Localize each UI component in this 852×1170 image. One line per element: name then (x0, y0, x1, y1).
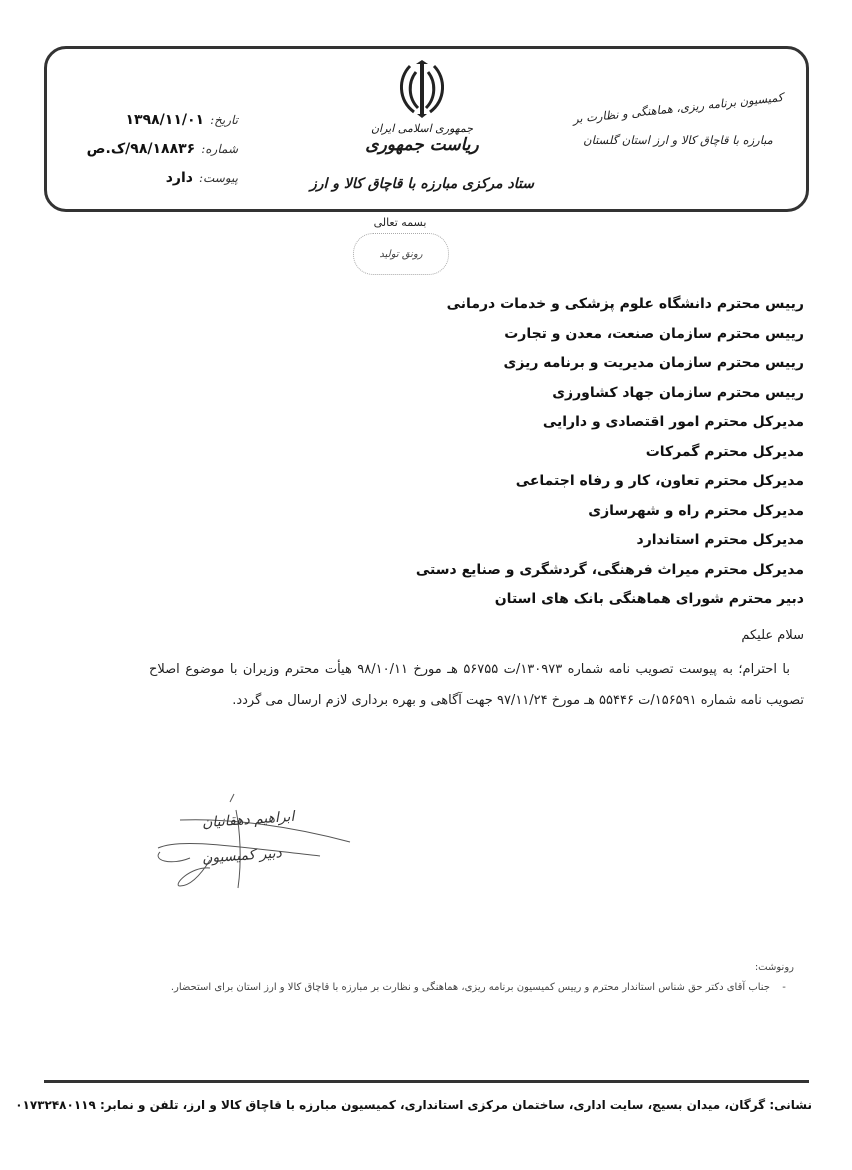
letter-meta: تاریخ: ۱۳۹۸/۱۱/۰۱ شماره: ۹۸/۱۸۸۳۶/ک.ص پی… (88, 112, 238, 199)
slogan-badge: رونق تولید (353, 233, 449, 275)
greeting: سلام علیکم (741, 628, 804, 643)
number-value: ۹۸/۱۸۸۳۶/ک.ص (87, 141, 196, 157)
cc-item: - جناب آقای دکتر حق شناس استاندار محترم … (58, 982, 798, 993)
recipient-item: مدیرکل محترم گمرکات (384, 438, 804, 468)
date-label: تاریخ: (210, 113, 238, 127)
headquarters-title: ستاد مرکزی مبارزه با قاچاق کالا و ارز (310, 176, 534, 192)
cc-bullet: - (770, 982, 798, 993)
letterhead-center: جمهوری اسلامی ایران ریاست جمهوری ستاد مر… (362, 58, 482, 208)
recipient-item: مدیرکل محترم استاندارد (384, 526, 804, 556)
body-paragraph: با احترام؛ به پیوست تصویب نامه شماره ۱۳۰… (149, 654, 804, 716)
number-row: شماره: ۹۸/۱۸۸۳۶/ک.ص (88, 141, 238, 170)
attachment-label: پیوست: (199, 171, 238, 185)
recipient-item: مدیرکل محترم امور اقتصادی و دارایی (384, 408, 804, 438)
iran-emblem-icon (396, 58, 448, 120)
date-row: تاریخ: ۱۳۹۸/۱۱/۰۱ (88, 112, 238, 141)
signature: ابراهیم دهقانیان دبیر کمیسیون (150, 790, 360, 890)
cc-item-text: جناب آقای دکتر حق شناس استاندار محترم و … (171, 982, 770, 993)
commission-name: کمیسیون برنامه ریزی، هماهنگی و نظارت بر … (568, 92, 788, 156)
recipient-item: مدیرکل محترم تعاون، کار و رفاه اجتماعی (384, 467, 804, 497)
country-name: جمهوری اسلامی ایران (362, 122, 482, 135)
recipient-item: رییس محترم سازمان مدیریت و برنامه ریزی (384, 349, 804, 379)
cc-list: - جناب آقای دکتر حق شناس استاندار محترم … (58, 982, 798, 993)
attachment-value: دارد (166, 170, 193, 186)
recipient-item: رییس محترم سازمان جهاد کشاورزی (384, 379, 804, 409)
recipient-list: رییس محترم دانشگاه علوم پزشکی و خدمات در… (384, 290, 804, 615)
recipient-item: دبیر محترم شورای هماهنگی بانک های استان (384, 585, 804, 615)
recipient-item: مدیرکل محترم راه و شهرسازی (384, 497, 804, 527)
body-paragraph-text: با احترام؛ به پیوست تصویب نامه شماره ۱۳۰… (149, 662, 804, 708)
number-label: شماره: (201, 142, 238, 156)
presidency-title: ریاست جمهوری (362, 135, 482, 155)
date-value: ۱۳۹۸/۱۱/۰۱ (125, 112, 204, 128)
footer-divider (44, 1080, 809, 1083)
invocation: بسمه تعالی (350, 216, 450, 229)
recipient-item: رییس محترم دانشگاه علوم پزشکی و خدمات در… (384, 290, 804, 320)
signature-stroke-icon (150, 790, 360, 890)
recipient-item: رییس محترم سازمان صنعت، معدن و تجارت (384, 320, 804, 350)
attachment-row: پیوست: دارد (88, 170, 238, 199)
cc-label: رونوشت: (755, 962, 794, 973)
recipient-item: مدیرکل محترم میراث فرهنگی، گردشگری و صنا… (384, 556, 804, 586)
footer-address: نشانی: گرگان، میدان بسیج، سایت اداری، سا… (22, 1098, 812, 1112)
